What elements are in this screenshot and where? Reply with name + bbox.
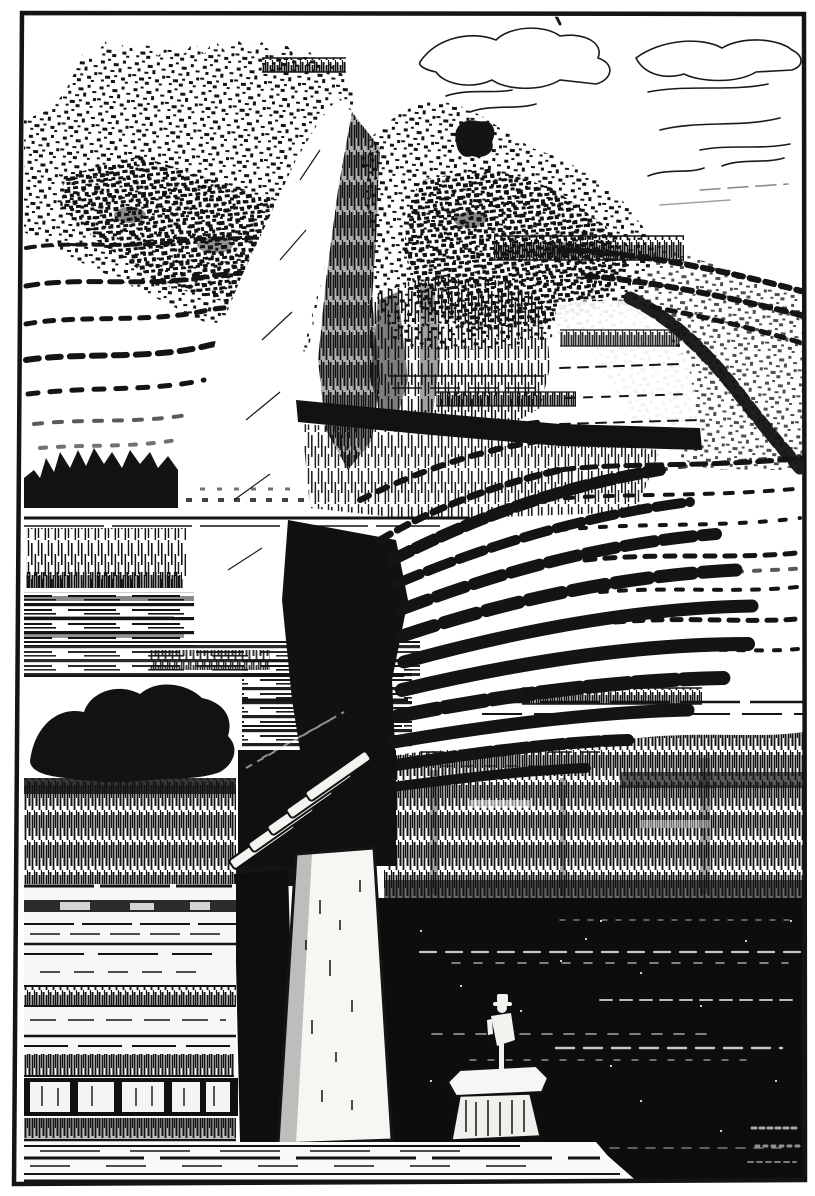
canyon-floor	[378, 898, 803, 1182]
bottom-band	[24, 1142, 640, 1184]
canyon-engraving: Black-and-white pen engraving of a deep …	[0, 0, 815, 1196]
stepped-terraces	[24, 884, 238, 1146]
figure-legs	[499, 1044, 504, 1072]
peak-band-ticks	[262, 58, 346, 72]
rock-pillar	[278, 848, 392, 1144]
dome-tick-row	[436, 392, 576, 406]
right-tick-row	[522, 688, 702, 704]
engraving-page: Black-and-white pen engraving of a deep …	[0, 0, 815, 1196]
right-hatch-band	[384, 732, 803, 902]
figure-hat-crown	[497, 994, 508, 1003]
figure-arm	[487, 1019, 493, 1035]
